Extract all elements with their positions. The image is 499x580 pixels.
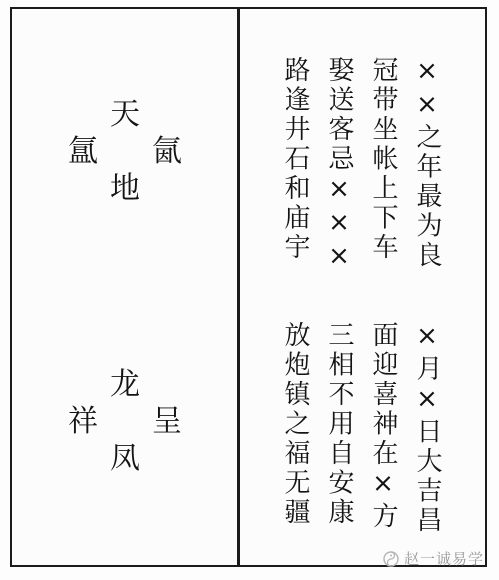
bottom-verse: ×月×日大吉昌 面迎喜神在×方 三相不用自安康 放炮镇之福无疆 bbox=[282, 321, 440, 536]
verse-column-3: 娶送客忌××× bbox=[326, 56, 352, 271]
taiji-logo-icon bbox=[382, 550, 400, 568]
panel-divider bbox=[237, 9, 240, 565]
top-diamond-phrase: 天 氲 氤 地 bbox=[62, 96, 188, 207]
diamond-char-left: 祥 bbox=[68, 407, 98, 437]
bottom-diamond-phrase: 龙 祥 呈 凤 bbox=[62, 366, 188, 477]
top-verse: ××之年最为良 冠带坐帐上下车 娶送客忌××× 路逢井石和庙宇 bbox=[282, 56, 440, 271]
watermark: 赵一诚易学 bbox=[382, 548, 484, 569]
verse-column-3: 三相不用自安康 bbox=[326, 321, 352, 536]
verse-column-1: ×月×日大吉昌 bbox=[414, 321, 440, 536]
diamond-char-bottom: 地 bbox=[110, 174, 140, 204]
verse-column-4: 路逢井石和庙宇 bbox=[282, 56, 308, 271]
diamond-char-top: 天 bbox=[110, 100, 140, 130]
diamond-char-right: 氤 bbox=[152, 137, 182, 167]
verse-column-1: ××之年最为良 bbox=[414, 56, 440, 271]
verse-column-2: 冠带坐帐上下车 bbox=[370, 56, 396, 271]
diamond-char-left: 氲 bbox=[68, 137, 98, 167]
diamond-char-top: 龙 bbox=[110, 370, 140, 400]
almanac-scan-page: 天 氲 氤 地 龙 祥 呈 凤 ××之年最为良 冠带坐帐上下车 娶送客忌××× … bbox=[0, 0, 499, 580]
verse-column-2: 面迎喜神在×方 bbox=[370, 321, 396, 536]
diamond-char-right: 呈 bbox=[152, 407, 182, 437]
diamond-char-bottom: 凤 bbox=[110, 444, 140, 474]
verse-column-4: 放炮镇之福无疆 bbox=[282, 321, 308, 536]
watermark-label: 赵一诚易学 bbox=[404, 548, 484, 569]
